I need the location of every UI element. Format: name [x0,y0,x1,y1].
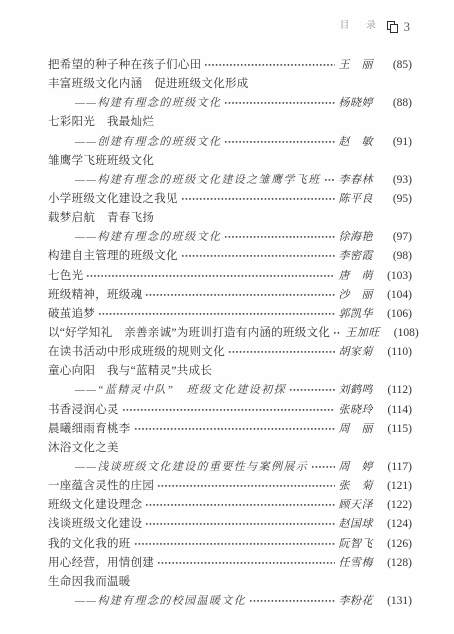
toc-entry: 班级文化建设理念 顾天泽 (122) [48,496,412,515]
entry-page: (112) [377,381,412,400]
entry-author: 王 丽 [339,56,374,75]
dot-leader [224,95,334,106]
entry-author: 胡家菊 [339,343,374,362]
entry-page: (103) [377,267,412,286]
toc-entry: ——构建有理念的班级文化 杨晓婷 (88) [48,94,412,113]
entry-title: 班级文化建设理念 [48,496,142,515]
toc-entry: 以“好学知礼 亲善亲诚”为班训打造有内涵的班级文化 王加旺 (108) [48,324,412,343]
entry-title: ——浅谈班级文化建设的重要性与案例展示 [48,458,308,477]
toc-entry: 一座蕴含灵性的庄园 张 菊 (121) [48,477,412,496]
dot-leader [157,478,334,489]
dot-leader [324,172,335,183]
entry-title: ——构建有理念的班级文化 [48,228,221,247]
toc-entry: 沐浴文化之美 [48,439,412,458]
entry-author: 刘鹤鸣 [339,381,374,400]
entry-author: 张晓玲 [339,401,374,420]
toc-entry: ——构建有理念的校园温暖文化 李粉花 (131) [48,592,412,611]
dot-leader [333,325,341,336]
toc-entry: ——构建有理念的班级文化建设之雏鹰学飞班 李春林 (93) [48,171,412,190]
entry-page: (104) [377,286,412,305]
dot-leader [289,382,335,393]
entry-title: 在读书活动中形成班级的规则文化 [48,343,225,362]
entry-page: (108) [384,324,419,343]
entry-page: (85) [377,56,412,75]
toc-entry: 班级精神，班级魂 沙 丽 (104) [48,286,412,305]
entry-title: 我的文化我的班 [48,535,131,554]
entry-author: 徐海艳 [339,228,374,247]
entry-author: 周 丽 [339,420,374,439]
entry-author: 赵 敏 [339,133,374,152]
toc-entry: 破茧追梦 郭凯华 (106) [48,305,412,324]
dot-leader [224,134,334,145]
dot-leader [228,344,335,355]
entry-author: 杨晓婷 [339,94,374,113]
entry-page: (114) [377,401,412,420]
entry-author: 陈平良 [339,190,374,209]
dot-leader [204,57,334,68]
toc-entry: 载梦启航 青春飞扬 [48,209,412,228]
dot-leader [134,536,335,547]
toc-entry: 构建自主管理的班级文化 李密霞 (98) [48,247,412,266]
toc-entry: 在读书活动中形成班级的规则文化 胡家菊 (110) [48,343,412,362]
toc-entry: 把希望的种子种在孩子们心田 王 丽 (85) [48,56,412,75]
entry-page: (121) [377,477,412,496]
entry-author: 阮智飞 [339,535,374,554]
entry-page: (88) [377,94,412,113]
toc-header-title-left: 目 [340,22,350,32]
entry-title: 丰富班级文化内涵 促进班级文化形成 [48,75,249,94]
entry-author: 唐 萌 [339,267,374,286]
entry-title: ——构建有理念的校园温暖文化 [48,592,246,611]
entry-page: (110) [377,343,412,362]
toc-entry: ——“蓝精灵中队” 班级文化建设初探 刘鹤鸣 (112) [48,381,412,400]
entry-page: (91) [377,133,412,152]
page-header: 目 录 3 [340,19,410,35]
dot-leader [145,287,334,298]
entry-page: (131) [377,592,412,611]
entry-title: 沐浴文化之美 [48,439,119,458]
entry-author: 顾天泽 [339,496,374,515]
toc-entry: 我的文化我的班 阮智飞 (126) [48,535,412,554]
entry-title: 童心向阳 我与“蓝精灵”共成长 [48,362,212,381]
entry-title: 生命因我而温暖 [48,573,131,592]
toc-entry: 小学班级文化建设之我见 陈平良 (95) [48,190,412,209]
entry-title: ——“蓝精灵中队” 班级文化建设初探 [48,381,286,400]
entry-page: (128) [377,554,412,573]
toc-entry: ——浅谈班级文化建设的重要性与案例展示 周 婷 (117) [48,458,412,477]
toc-entry: 七色光 唐 萌 (103) [48,267,412,286]
entry-page: (98) [377,247,412,266]
entry-title: 雏鹰学飞班班级文化 [48,152,154,171]
entry-author: 李春林 [339,171,374,190]
entry-title: 把希望的种子种在孩子们心田 [48,56,201,75]
entry-title: 用心经营，用情创建 [48,554,154,573]
dot-leader [181,191,335,202]
entry-page: (97) [377,228,412,247]
toc-entry: 丰富班级文化内涵 促进班级文化形成 [48,75,412,94]
entry-title: 浅谈班级文化建设 [48,515,142,534]
toc-entry: ——构建有理念的班级文化 徐海艳 (97) [48,228,412,247]
entry-title: 七色光 [48,267,83,286]
dot-leader [224,229,334,240]
toc-entry: 浅谈班级文化建设 赵国球 (124) [48,515,412,534]
dot-leader [145,497,334,508]
dot-leader [157,555,334,566]
toc-entry: ——创建有理念的班级文化 赵 敏 (91) [48,133,412,152]
entry-page: (106) [377,305,412,324]
toc-entry: 书香浸润心灵 张晓玲 (114) [48,401,412,420]
entry-title: 七彩阳光 我最灿烂 [48,113,154,132]
toc-entry: 童心向阳 我与“蓝精灵”共成长 [48,362,412,381]
entry-author: 张 菊 [339,477,374,496]
entry-page: (93) [377,171,412,190]
toc-entry: 用心经营，用情创建 任雪梅 (128) [48,554,412,573]
entry-title: 构建自主管理的班级文化 [48,247,178,266]
entry-page: (122) [377,496,412,515]
entry-title: ——构建有理念的班级文化建设之雏鹰学飞班 [48,171,321,190]
entry-author: 沙 丽 [339,286,374,305]
dot-leader [249,593,334,604]
entry-title: 晨曦细雨育桃李 [48,420,131,439]
entry-page: (117) [377,458,412,477]
entry-author: 王加旺 [345,324,380,343]
toc-entry: 生命因我而温暖 [48,573,412,592]
entry-title: ——创建有理念的班级文化 [48,133,221,152]
header-page-number: 3 [404,21,410,34]
pages-icon [387,21,399,33]
dot-leader [134,421,335,432]
entry-author: 郭凯华 [339,305,374,324]
dot-leader [181,248,335,259]
entry-page: (124) [377,515,412,534]
entry-author: 周 婷 [339,458,374,477]
entry-author: 李粉花 [339,592,374,611]
toc-entry: 雏鹰学飞班班级文化 [48,152,412,171]
toc-page: 目 录 3 把希望的种子种在孩子们心田 王 丽 (85) 丰富班级文化内涵 促进… [0,0,454,634]
dot-leader [311,459,334,470]
entry-title: 书香浸润心灵 [48,401,119,420]
entry-title: 一座蕴含灵性的庄园 [48,477,154,496]
entry-page: (126) [377,535,412,554]
dot-leader [145,516,334,527]
toc-entry: 七彩阳光 我最灿烂 [48,113,412,132]
toc-list: 把希望的种子种在孩子们心田 王 丽 (85) 丰富班级文化内涵 促进班级文化形成… [48,56,412,611]
entry-title: 载梦启航 青春飞扬 [48,209,154,228]
entry-page: (95) [377,190,412,209]
entry-title: 以“好学知礼 亲善亲诚”为班训打造有内涵的班级文化 [48,324,330,343]
entry-title: ——构建有理念的班级文化 [48,94,221,113]
dot-leader [98,306,334,317]
dot-leader [86,268,334,279]
entry-author: 李密霞 [339,247,374,266]
dot-leader [122,402,335,413]
entry-title: 班级精神，班级魂 [48,286,142,305]
toc-entry: 晨曦细雨育桃李 周 丽 (115) [48,420,412,439]
entry-author: 任雪梅 [339,554,374,573]
entry-page: (115) [377,420,412,439]
entry-title: 小学班级文化建设之我见 [48,190,178,209]
entry-author: 赵国球 [339,515,374,534]
entry-title: 破茧追梦 [48,305,95,324]
toc-header-title-right: 录 [366,22,376,32]
